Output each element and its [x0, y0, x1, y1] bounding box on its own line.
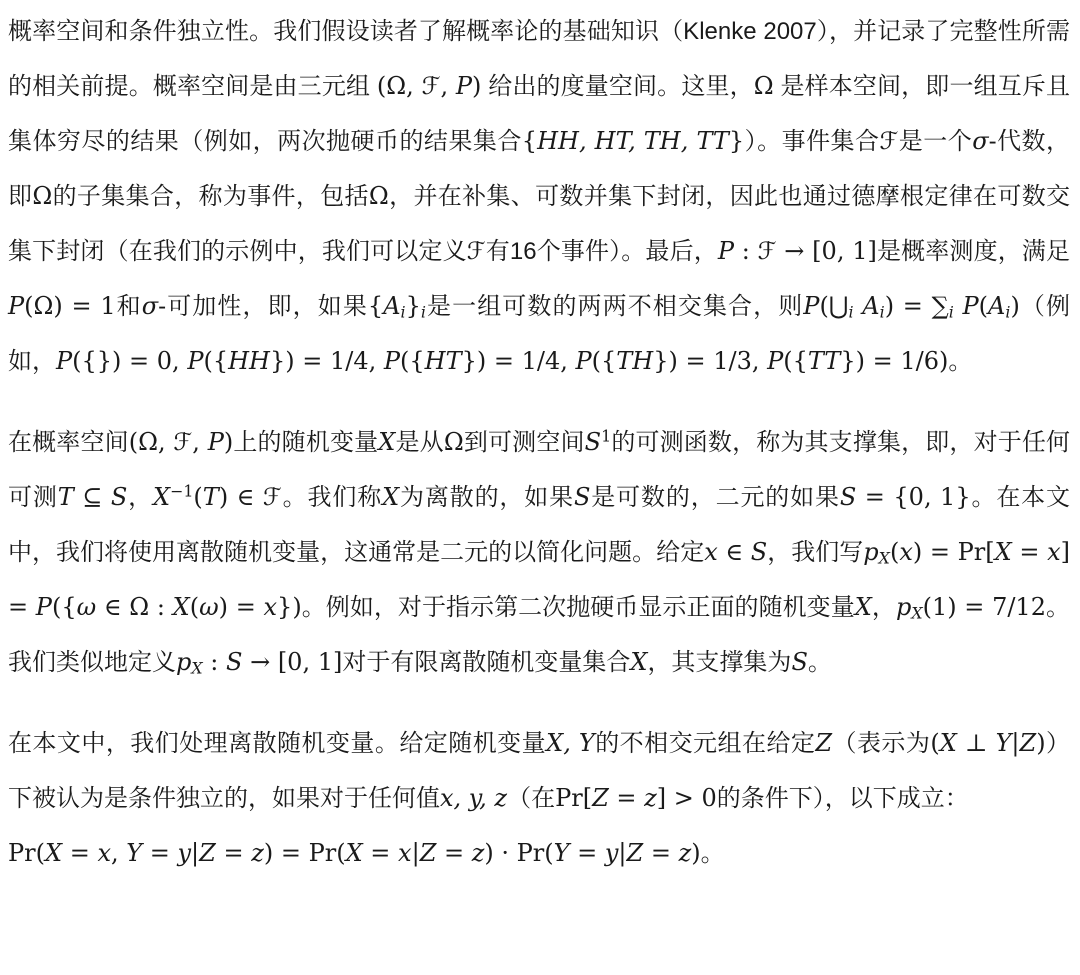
- math-run: ) = Pr[: [913, 538, 995, 566]
- math-run: Ω: [754, 72, 774, 100]
- math-run: X: [382, 483, 399, 511]
- math-run: ): [691, 839, 700, 867]
- text-run: （表示为: [832, 730, 930, 757]
- math-run: X: [378, 428, 395, 456]
- math-run: ({: [52, 593, 77, 621]
- math-run: x, y, z: [440, 784, 507, 812]
- text-run: 和: [116, 293, 142, 320]
- math-run: ({: [203, 347, 228, 375]
- math-run: = {0, 1}: [856, 483, 970, 511]
- math-run: Pr[: [555, 784, 592, 812]
- math-run: −1: [170, 481, 193, 500]
- math-run: P: [208, 428, 224, 456]
- math-run: S: [791, 648, 807, 676]
- math-run: {: [522, 127, 537, 155]
- math-run: 1: [601, 426, 611, 445]
- text-run: 是一个: [898, 128, 972, 155]
- text-run: （在: [507, 785, 555, 812]
- text-run: -可加性，即，如果: [158, 293, 368, 320]
- math-run: y: [605, 839, 619, 867]
- text-run: 是一组可数的两两不相交集合，则: [426, 293, 803, 320]
- text-run: 是概率测度，满足: [877, 238, 1070, 265]
- math-run: ,: [111, 839, 126, 867]
- equation-conditional-independence: Pr(X = x, Y = y|Z = z) = Pr(X = x|Z = z)…: [8, 826, 1070, 881]
- math-run: X, Y: [546, 729, 595, 757]
- text-run: 的子集集合，称为事件，包括: [52, 183, 369, 210]
- math-run: ω: [77, 593, 97, 621]
- math-run: (1) = 7/12: [923, 593, 1046, 621]
- text-run: 上的随机变量: [233, 429, 378, 456]
- math-run: =: [643, 839, 678, 867]
- text-run: 是可数的，二元的如果: [590, 484, 839, 511]
- math-run: σ: [142, 292, 158, 320]
- math-run: X: [173, 593, 190, 621]
- math-run: =: [609, 784, 644, 812]
- math-run: Ω: [369, 182, 389, 210]
- math-run: Y: [996, 729, 1012, 757]
- paragraph-random-variables: 在概率空间(Ω, ℱ, P)上的随机变量X是从Ω到可测空间S1的可测函数，称为其…: [8, 415, 1070, 690]
- math-run: ({: [783, 347, 808, 375]
- math-run: =: [62, 839, 97, 867]
- math-run: =: [363, 839, 398, 867]
- math-run: ∈: [718, 538, 751, 566]
- math-run: z: [251, 839, 264, 867]
- math-run: ℱ: [879, 127, 898, 155]
- math-run: ) = ∑: [885, 292, 949, 320]
- math-run: }: [406, 292, 421, 320]
- math-run: |: [1011, 729, 1019, 757]
- math-run: Z: [815, 729, 832, 757]
- text-run: 在概率空间: [8, 429, 129, 456]
- math-run: ∈ Ω :: [96, 593, 172, 621]
- math-run: x: [264, 593, 278, 621]
- math-run: z: [644, 784, 657, 812]
- math-run: P: [384, 347, 400, 375]
- math-run: → [0, 1]: [242, 648, 342, 676]
- math-run: :: [203, 648, 226, 676]
- math-run: A: [862, 292, 879, 320]
- math-run: |: [412, 839, 420, 867]
- math-run: P: [8, 292, 24, 320]
- math-run: A: [383, 292, 400, 320]
- math-run: X: [630, 648, 647, 676]
- math-run: ): [472, 72, 481, 100]
- math-run: ) · Pr(: [484, 839, 553, 867]
- math-run: x: [704, 538, 718, 566]
- text-run: 为离散的，如果: [399, 484, 574, 511]
- math-run: (⋃: [819, 292, 848, 320]
- math-run: TT: [808, 347, 840, 375]
- math-run: P: [456, 72, 472, 100]
- math-run: ): [1010, 292, 1019, 320]
- paragraph-conditional-independence: 在本文中，我们处理离散随机变量。给定随机变量X, Y的不相交元组在给定Z（表示为…: [8, 716, 1070, 826]
- math-run: p: [896, 593, 911, 621]
- math-run: [954, 292, 963, 320]
- math-run: Z: [1020, 729, 1037, 757]
- math-run: x: [1047, 538, 1061, 566]
- math-run: =: [142, 839, 177, 867]
- math-run: {: [368, 292, 383, 320]
- math-run: X: [855, 593, 872, 621]
- math-run: ⊥: [957, 729, 996, 757]
- text-run: 。例如，对于指示第二次抛硬币显示正面的随机变量: [302, 594, 855, 621]
- math-run: ): [1036, 729, 1045, 757]
- math-run: HH, HT, TH, TT: [537, 127, 729, 155]
- math-run: (: [190, 593, 199, 621]
- math-run: ({}) = 0,: [72, 347, 187, 375]
- math-run: ): [224, 428, 233, 456]
- math-run: P: [36, 593, 52, 621]
- math-run: x: [97, 839, 111, 867]
- text-run: ，其支撑集为: [647, 649, 791, 676]
- math-run: P: [576, 347, 592, 375]
- text-run: ，: [127, 484, 153, 511]
- math-run: (Ω, ℱ,: [377, 72, 456, 100]
- math-run: (: [979, 292, 988, 320]
- document-page: 概率空间和条件独立性。我们假设读者了解概率论的基础知识（Klenke 2007）…: [0, 0, 1080, 975]
- math-run: }) = 1/4,: [270, 347, 384, 375]
- text-run: 。: [808, 649, 832, 676]
- math-run: (: [890, 538, 899, 566]
- text-run: 对于有限离散随机变量集合: [342, 649, 630, 676]
- math-run: i: [849, 302, 854, 321]
- math-run: |: [618, 839, 626, 867]
- math-run: ) =: [219, 593, 264, 621]
- math-run: ω: [199, 593, 219, 621]
- math-run: S: [226, 648, 242, 676]
- math-run: (: [193, 483, 202, 511]
- math-run: p: [863, 538, 878, 566]
- math-run: Ω: [32, 182, 52, 210]
- math-run: =: [436, 839, 471, 867]
- math-run: : ℱ → [0, 1]: [734, 237, 877, 265]
- math-run: (Ω) = 1: [24, 292, 115, 320]
- math-run: ⊆: [74, 483, 111, 511]
- math-run: ({: [592, 347, 617, 375]
- math-run: =: [569, 839, 604, 867]
- math-run: ] > 0: [657, 784, 717, 812]
- math-run: x: [899, 538, 913, 566]
- math-run: x: [398, 839, 412, 867]
- math-run: Y: [554, 839, 570, 867]
- text-run: 在本文中，我们处理离散随机变量。给定随机变量: [8, 730, 546, 757]
- text-run: 。: [701, 840, 725, 867]
- math-run: }) = 1/3,: [653, 347, 767, 375]
- math-run: σ: [972, 127, 988, 155]
- math-run: P: [803, 292, 819, 320]
- math-run: X: [911, 603, 922, 622]
- math-run: X: [191, 658, 202, 677]
- math-run: Z: [199, 839, 216, 867]
- math-run: TH: [616, 347, 653, 375]
- math-run: (: [930, 729, 939, 757]
- math-run: P: [187, 347, 203, 375]
- math-run: =: [216, 839, 251, 867]
- text-run: 是从: [395, 429, 443, 456]
- math-run: [854, 292, 863, 320]
- math-run: }) = 1/6): [840, 347, 948, 375]
- text-run: ，: [872, 594, 896, 621]
- math-run: P: [56, 347, 72, 375]
- text-run: 。: [948, 348, 972, 375]
- math-run: z: [679, 839, 692, 867]
- math-run: X: [45, 839, 62, 867]
- math-run: }: [729, 127, 744, 155]
- math-run: A: [988, 292, 1005, 320]
- math-run: z: [472, 839, 485, 867]
- math-run: ) = Pr(: [264, 839, 346, 867]
- math-run: S: [751, 538, 767, 566]
- math-run: S: [840, 483, 856, 511]
- paragraph-probability-space: 概率空间和条件独立性。我们假设读者了解概率论的基础知识（Klenke 2007）…: [8, 4, 1070, 389]
- math-run: X: [940, 729, 957, 757]
- math-run: ({: [400, 347, 425, 375]
- math-run: ) ∈ ℱ: [219, 483, 282, 511]
- math-run: Y: [126, 839, 142, 867]
- math-run: Z: [420, 839, 437, 867]
- math-run: T: [203, 483, 219, 511]
- math-run: X: [153, 483, 170, 511]
- math-run: X: [879, 548, 890, 567]
- math-run: |: [191, 839, 199, 867]
- math-run: T: [58, 483, 74, 511]
- text-run: ）。事件集合: [744, 128, 879, 155]
- text-run: 的不相交元组在给定: [595, 730, 816, 757]
- text-run: 到可测空间: [464, 429, 585, 456]
- text-run: ，我们写: [767, 539, 863, 566]
- math-run: Pr(: [8, 839, 45, 867]
- text-run: 的条件下），以下成立：: [717, 785, 969, 812]
- math-run: Z: [592, 784, 609, 812]
- math-run: =: [1012, 538, 1047, 566]
- math-run: S: [574, 483, 590, 511]
- text-run: 。我们称: [282, 484, 382, 511]
- math-run: P: [767, 347, 783, 375]
- math-run: p: [176, 648, 191, 676]
- math-run: HH: [228, 347, 270, 375]
- math-run: X: [995, 538, 1012, 566]
- math-run: P: [718, 237, 734, 265]
- math-run: HT: [425, 347, 462, 375]
- text-run: 有16个事件）。最后，: [486, 238, 718, 265]
- math-run: y: [177, 839, 191, 867]
- math-run: }) = 1/4,: [462, 347, 576, 375]
- math-run: ℱ: [467, 237, 486, 265]
- math-run: (Ω, ℱ,: [129, 428, 208, 456]
- math-run: Ω: [444, 428, 464, 456]
- math-run: X: [346, 839, 363, 867]
- math-run: }): [277, 593, 302, 621]
- math-run: P: [963, 292, 979, 320]
- math-run: Z: [627, 839, 644, 867]
- text-run: 给出的度量空间。这里，: [481, 73, 753, 100]
- math-run: S: [585, 428, 601, 456]
- math-run: S: [111, 483, 127, 511]
